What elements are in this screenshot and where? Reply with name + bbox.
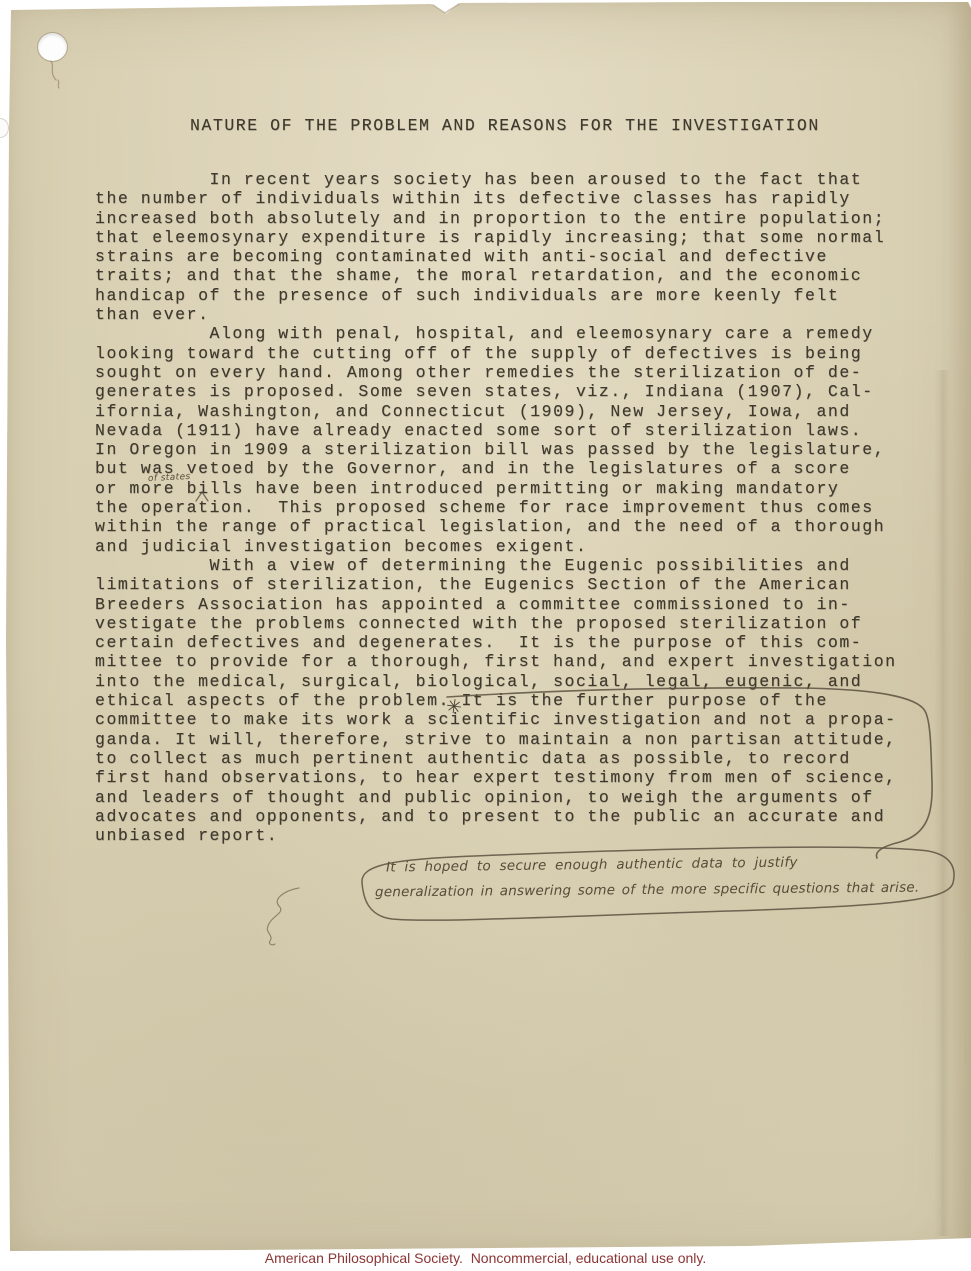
scanned-document-page: { "page": { "title": "NATURE OF THE PROB…: [0, 0, 971, 1271]
typed-text-block: In recent years society has been aroused…: [95, 170, 925, 845]
paragraph-1: In recent years society has been aroused…: [95, 170, 925, 324]
page-title: NATURE OF THE PROBLEM AND REASONS FOR TH…: [190, 116, 820, 136]
paragraph-3: With a view of determining the Eugenic p…: [95, 556, 925, 845]
footer-credit: American Philosophical Society. Noncomme…: [0, 1250, 971, 1266]
edge-notch: [0, 119, 8, 137]
handwritten-asterisk-icon: ✳: [445, 695, 464, 719]
paragraph-2: Along with penal, hospital, and eleemosy…: [95, 324, 925, 556]
punch-hole: [38, 33, 67, 61]
